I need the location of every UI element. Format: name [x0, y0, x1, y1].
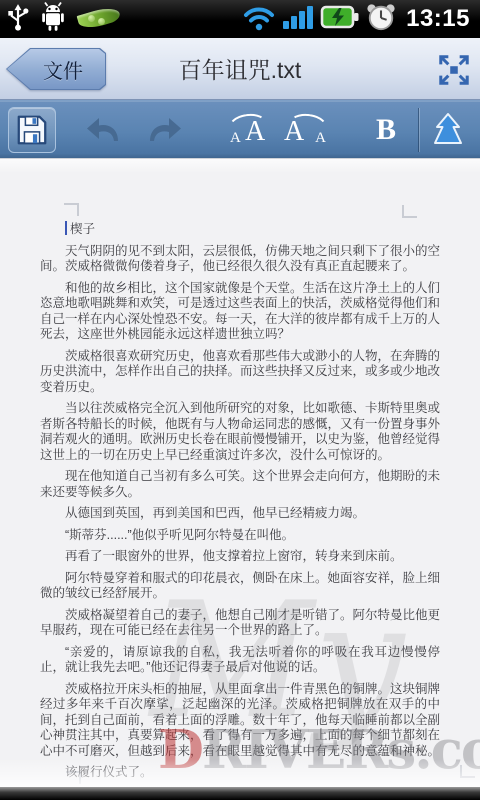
- paragraph: 从德国到英国，再到美国和巴西，他早已经精疲力竭。: [40, 506, 440, 522]
- save-button[interactable]: [8, 107, 56, 153]
- chapter-heading-text: 楔子: [70, 222, 95, 236]
- redo-button[interactable]: [142, 113, 184, 147]
- clock-time: 13:15: [402, 5, 474, 33]
- peapod-app-icon: [76, 6, 122, 32]
- file-back-button-label: 文件: [29, 55, 83, 84]
- paragraph: “斯蒂芬......”他似乎听见阿尔特曼在叫他。: [40, 528, 440, 544]
- toolbar-separator: [418, 108, 419, 152]
- wifi-icon: [242, 3, 276, 36]
- paragraph: 该履行仪式了。: [40, 765, 440, 781]
- font-decrease-big-a: A: [284, 116, 304, 148]
- paragraph: “亲爱的，请原谅我的自私，我无法听着你的呼吸在我耳边慢慢停止，就让我先去吧。”他…: [40, 645, 440, 676]
- undo-button[interactable]: [84, 113, 126, 147]
- paragraph: 茨威格很喜欢研究历史，他喜欢看那些伟大或渺小的人物，在奔腾的历史洪流中，怎样作出…: [40, 349, 440, 396]
- font-decrease-small-a: A: [315, 130, 326, 147]
- go-top-arrow-icon: [430, 112, 466, 148]
- bottom-edge-bar: [0, 787, 480, 800]
- paragraph: 阿尔特曼穿着和服式的印花晨衣，侧卧在床上。她面容安祥，脸上细微的皱纹已经舒展开。: [40, 571, 440, 602]
- android-debug-icon: [38, 1, 68, 38]
- paragraph: 茨威格凝望着自己的妻子，他想自己刚才是听错了。阿尔特曼比他更早服药，现在可能已经…: [40, 608, 440, 639]
- paragraph: 和他的故乡相比，这个国家就像是个天堂。生活在这片净土上的人们恣意地歌唱跳舞和欢笑…: [40, 281, 440, 343]
- font-increase-button[interactable]: A A: [226, 110, 276, 150]
- undo-icon: [84, 113, 126, 147]
- reader-content[interactable]: 楔子 天气阴阴的见不到太阳，云层很低，仿佛天地之间只剩下了很小的空间。茨威格微微…: [0, 158, 480, 787]
- bold-button[interactable]: B: [368, 110, 404, 150]
- font-increase-small-a: A: [230, 130, 241, 147]
- font-decrease-button[interactable]: A A: [282, 110, 332, 150]
- paragraph: 当以往茨威格完全沉入到他所研究的对象，比如歌德、卡斯特里奥或者斯各特船长的时候，…: [40, 401, 440, 463]
- paragraph: 再看了一眼窗外的世界，他支撑着拉上窗帘，转身来到床前。: [40, 549, 440, 565]
- status-right-icons: 13:15: [242, 2, 474, 37]
- file-back-button-face: 文件: [7, 49, 105, 89]
- redo-icon: [142, 113, 184, 147]
- fullscreen-expand-icon: [437, 53, 471, 87]
- paragraph: 天气阴阴的见不到太阳，云层很低，仿佛天地之间只剩下了很小的空间。茨威格微微佝偻着…: [40, 244, 440, 275]
- editor-toolbar: A A A A B: [0, 100, 480, 158]
- text-page[interactable]: 楔子 天气阴阴的见不到太阳，云层很低，仿佛天地之间只剩下了很小的空间。茨威格微微…: [0, 159, 480, 781]
- go-top-button[interactable]: [428, 112, 468, 148]
- alarm-clock-icon: [365, 2, 397, 37]
- status-left-icons: [6, 1, 122, 38]
- floppy-disk-icon: [15, 113, 49, 147]
- usb-icon: [6, 1, 30, 38]
- signal-strength-icon: [281, 3, 315, 36]
- phone-screen: 13:15 文件 百年诅咒.txt: [0, 0, 480, 800]
- title-bar: 文件 百年诅咒.txt: [0, 38, 480, 100]
- battery-charging-icon: [320, 4, 360, 35]
- fullscreen-button[interactable]: [436, 52, 472, 88]
- text-cursor: [65, 221, 67, 235]
- status-bar: 13:15: [0, 0, 480, 38]
- paragraph: 茨威格拉开床头柜的抽屉，从里面拿出一件青黑色的铜牌。这块铜牌经过多年来千百次摩挲…: [40, 682, 440, 760]
- paragraph: 现在他知道自己当初有多么可笑。这个世界会走向何方，他期盼的未来还要等候多久。: [40, 469, 440, 500]
- font-increase-big-a: A: [245, 116, 265, 148]
- file-back-button[interactable]: 文件: [6, 48, 106, 90]
- file-back-button-border: 文件: [6, 48, 106, 90]
- chapter-heading: 楔子: [40, 221, 440, 238]
